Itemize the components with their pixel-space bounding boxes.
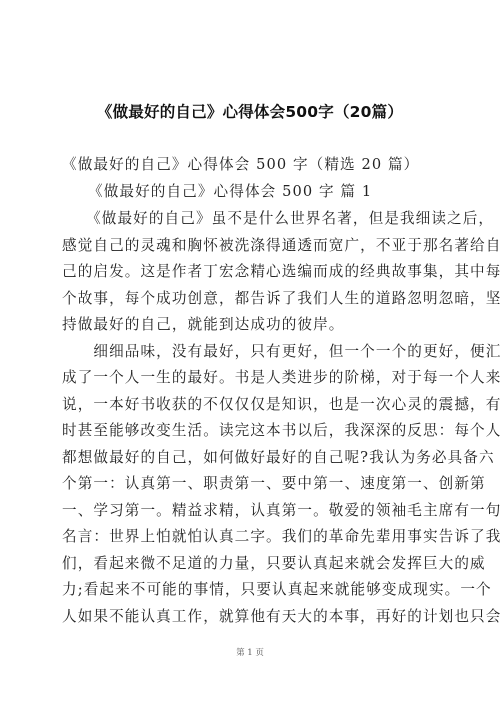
paragraph-line: 一、学习第一。精益求精，认真第一。敬爱的领袖毛主席有一句 [62, 502, 442, 520]
paragraph-line: 名言：世界上怕就怕认真二字。我们的革命先辈用事实告诉了我 [62, 528, 442, 546]
paragraph-line: 己的启发。这是作者丁宏念精心选编而成的经典故事集，其中每 [62, 263, 442, 281]
paragraph-line: 时甚至能够改变生活。读完这本书以后，我深深的反思：每个人 [62, 422, 442, 440]
paragraph-line: 《做最好的自己》虽不是什么世界名著，但是我细读之后， [62, 210, 442, 228]
paragraph-line: 说，一本好书收获的不仅仅仅是知识，也是一次心灵的震撼，有 [62, 396, 442, 414]
document-subtitle: 《做最好的自己》心得体会 500 字（精选 20 篇） [62, 156, 442, 174]
paragraph-line: 成了一个人一生的最好。书是人类进步的阶梯，对于每一个人来 [62, 369, 442, 387]
paragraph-line: 持做最好的自己，就能到达成功的彼岸。 [62, 316, 442, 334]
page-number: 第 1 页 [0, 646, 500, 658]
paragraph-line: 都想做最好的自己，如何做好最好的自己呢?我认为务必具备六 [62, 449, 442, 467]
paragraph-line: 们，看起来微不足道的力量，只要认真起来就会发挥巨大的威 [62, 555, 442, 573]
paragraph-line: 力;看起来不可能的事情，只要认真起来就能够变成现实。一个 [62, 581, 442, 599]
document-title: 《做最好的自己》心得体会500字（20篇） [0, 100, 500, 122]
section-heading: 《做最好的自己》心得体会 500 字 篇 1 [88, 183, 468, 201]
paragraph-line: 个故事，每个成功创意，都告诉了我们人生的道路忽明忽暗，坚 [62, 290, 442, 308]
paragraph-line: 人如果不能认真工作，就算他有天大的本事，再好的计划也只会 [62, 608, 442, 626]
paragraph-line: 细细品味，没有最好，只有更好，但一个一个的更好，便汇 [62, 343, 442, 361]
paragraph-line: 个第一：认真第一、职责第一、要中第一、速度第一、创新第 [62, 475, 442, 493]
paragraph-line: 感觉自己的灵魂和胸怀被洗涤得通透而宽广，不亚于那名著给自 [62, 237, 442, 255]
document-page: 《做最好的自己》心得体会500字（20篇） 《做最好的自己》心得体会 500 字… [0, 0, 500, 707]
